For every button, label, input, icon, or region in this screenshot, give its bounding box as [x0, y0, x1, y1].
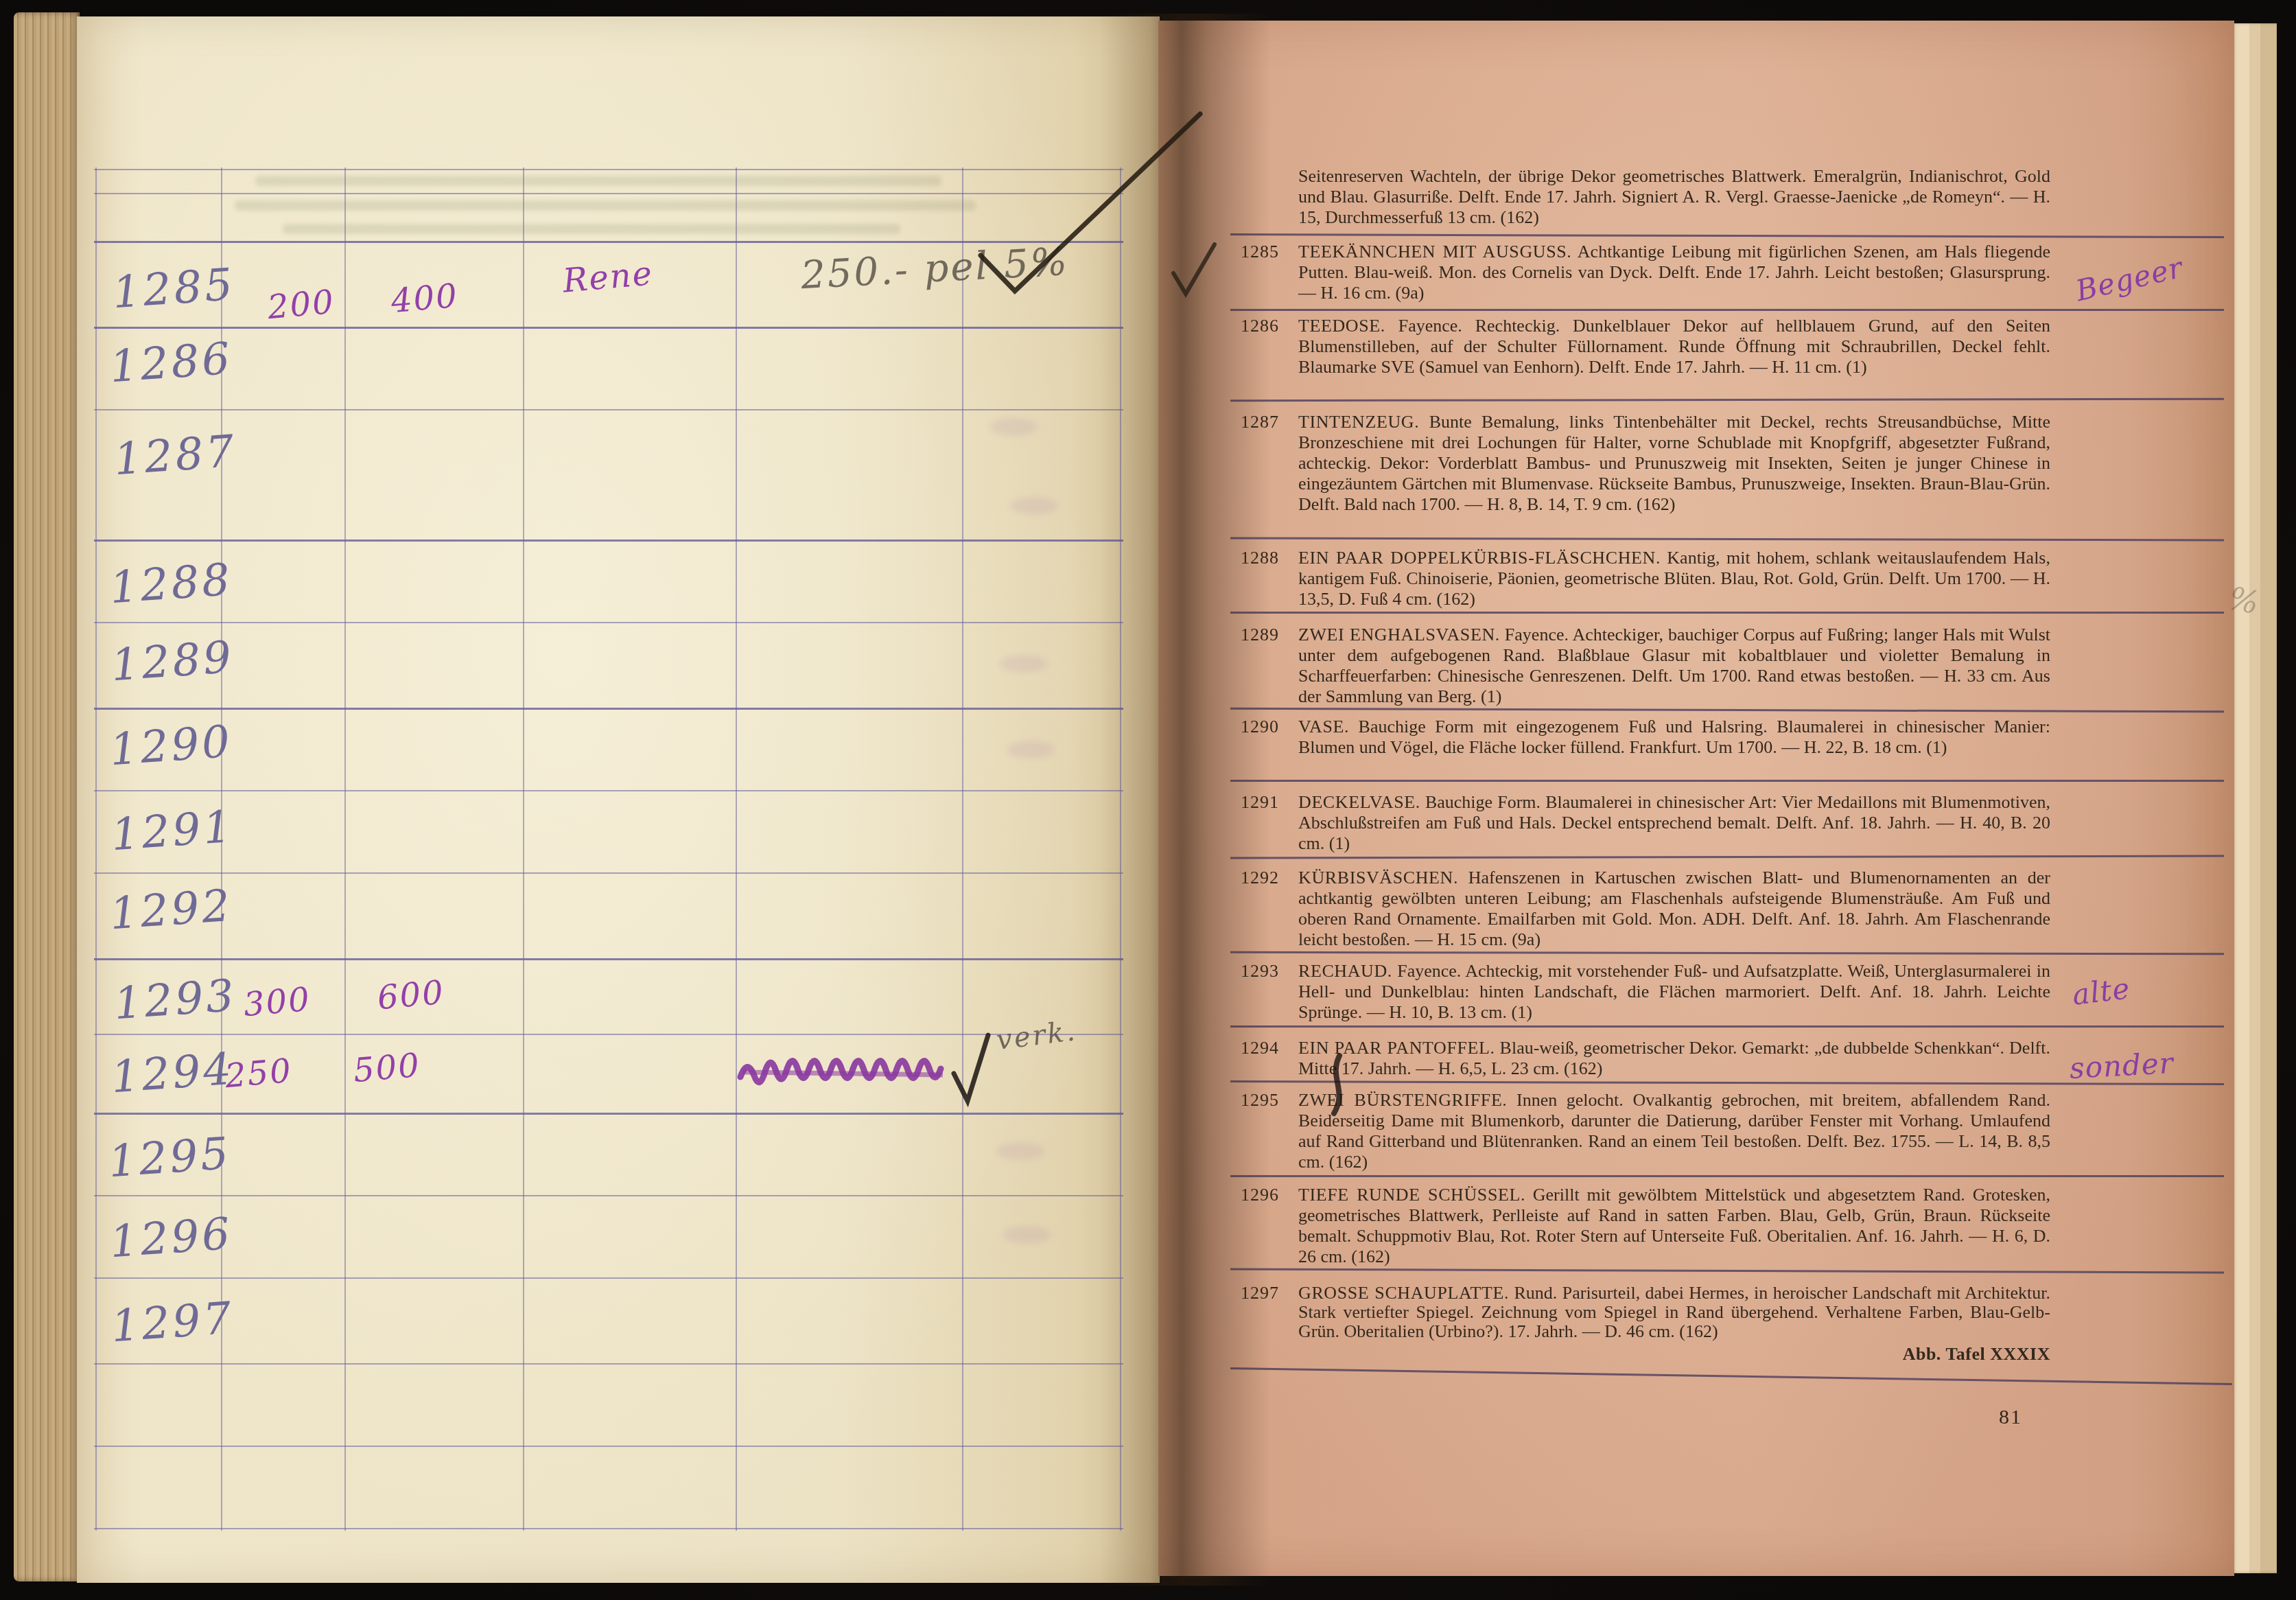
catalog-page: Seitenreserven Wachteln, der übrige Deko… — [1158, 21, 2234, 1576]
ink-bleed — [989, 418, 1038, 436]
show-through-text — [235, 200, 976, 211]
ledger-rule — [94, 958, 1123, 960]
catalog-entry: 1293 RECHAUD. Fayence. Achteckig, mit vo… — [1230, 961, 2050, 1023]
entry-separator — [1230, 537, 2224, 541]
entry-separator — [1230, 1025, 2224, 1028]
catalog-entry: 1290 VASE. Bauchige Form mit eingezogene… — [1230, 717, 2050, 758]
ledger-column-rule — [344, 167, 346, 1531]
ledger-rule — [94, 708, 1123, 710]
entry-number: 1295 — [1241, 1090, 1279, 1111]
margin-note: alte — [2070, 971, 2132, 1012]
ledger-rule — [94, 241, 1123, 243]
ledger-value: 600 — [376, 973, 446, 1017]
entry-number: 1291 — [1241, 792, 1279, 813]
catalog-entry: 1285 TEEKÄNNCHEN MIT AUSGUSS. Achtkantig… — [1230, 242, 2050, 303]
entry-number: 1292 — [1241, 868, 1279, 888]
entry-title: DECKELVASE. — [1298, 792, 1420, 812]
ledger-value: 250 — [224, 1052, 294, 1095]
ledger-row-number: 1293 — [113, 971, 239, 1030]
entry-number: 1293 — [1241, 961, 1279, 982]
right-page-stack-edge — [2233, 23, 2277, 1573]
entry-number: 1289 — [1241, 625, 1279, 645]
ledger-rule — [94, 1113, 1123, 1115]
ledger-value: 400 — [390, 277, 460, 321]
entry-number: 1288 — [1241, 548, 1279, 568]
ledger-rule — [94, 790, 1123, 791]
entry-number: 1294 — [1241, 1038, 1279, 1058]
ledger-column-rule — [523, 167, 524, 1531]
ledger-column-rule — [95, 167, 97, 1531]
entry-number: 1297 — [1241, 1284, 1279, 1303]
catalog-entry: 1292 KÜRBISVÄSCHEN. Hafenszenen in Kartu… — [1230, 868, 2050, 950]
ledger-pencil-note: verk. — [995, 1015, 1079, 1056]
entry-title: KÜRBISVÄSCHEN. — [1298, 868, 1458, 888]
plate-reference: Abb. Tafel XXXIX — [1230, 1344, 2050, 1365]
ink-bleed — [1007, 741, 1055, 758]
margin-note: sonder — [2069, 1046, 2175, 1085]
ledger-row-number: 1285 — [111, 259, 237, 318]
entry-separator — [1230, 780, 2224, 782]
check-mark — [1165, 237, 1221, 303]
entry-title: EIN PAAR DOPPELKÜRBIS-FLÄSCHCHEN. — [1298, 548, 1661, 568]
ledger-rule — [94, 622, 1123, 623]
ledger-rule — [94, 1277, 1123, 1279]
entry-text: Bauchige Form mit eingezogenem Fuß und H… — [1298, 717, 2050, 757]
ledger-rule — [94, 1363, 1123, 1365]
entry-title: TINTENZEUG. — [1298, 412, 1419, 432]
ink-bleed — [1000, 655, 1048, 673]
left-page-stack-edge — [14, 12, 80, 1581]
entry-separator — [1230, 708, 2224, 713]
entry-title: VASE. — [1298, 717, 1349, 737]
ledger-row-number: 1287 — [113, 426, 239, 485]
ledger-row-number: 1297 — [110, 1293, 236, 1352]
ledger-column-rule — [1120, 167, 1121, 1531]
ledger-rule — [94, 169, 1123, 170]
page-number: 81 — [1999, 1406, 2022, 1429]
ledger-column-rule — [736, 167, 737, 1531]
entry-separator — [1230, 855, 2224, 859]
show-through-text — [283, 224, 900, 234]
catalog-entry: 1297 GROSSE SCHAUPLATTE. Rund. Parisurte… — [1230, 1284, 2050, 1341]
ledger-row-number: 1289 — [110, 632, 236, 691]
ink-bleed — [1003, 1226, 1051, 1244]
ledger-rule — [94, 1195, 1123, 1196]
ledger-row-number: 1290 — [108, 717, 235, 776]
entry-title: ZWEI ENGHALSVASEN. — [1298, 625, 1500, 645]
ledger-row-number: 1294 — [110, 1044, 236, 1103]
ledger-row-number: 1291 — [110, 802, 236, 861]
ledger-rule — [94, 1528, 1123, 1529]
entry-separator — [1230, 309, 2224, 311]
entry-separator — [1230, 398, 2224, 402]
ledger-value: 500 — [352, 1046, 422, 1090]
ledger-name: Rene — [561, 254, 655, 300]
catalog-entry: 1291 DECKELVASE. Bauchige Form. Blaumale… — [1230, 792, 2050, 854]
entry-text: Fayence. Rechteckig. Dunkelblauer Dekor … — [1298, 316, 2050, 377]
ledger-page: 1285 1286 1287 1288 1289 1290 1291 1292 … — [77, 16, 1160, 1583]
entry-title: RECHAUD. — [1298, 961, 1392, 981]
ledger-rule — [94, 193, 1123, 194]
ledger-rule — [94, 872, 1123, 874]
ledger-value: 300 — [242, 980, 312, 1024]
ink-flourish-mark — [1322, 1052, 1357, 1117]
ledger-rule — [94, 540, 1123, 542]
entry-text: Seitenreserven Wachteln, der übrige Deko… — [1298, 166, 2050, 227]
entry-title: TIEFE RUNDE SCHÜSSEL. — [1298, 1185, 1525, 1205]
entry-text: Fayence. Achteckig, mit vorstehender Fuß… — [1298, 961, 2050, 1022]
entry-separator — [1230, 233, 2224, 238]
entry-separator — [1230, 1175, 2224, 1177]
ledger-rule — [94, 327, 1123, 329]
catalog-entry: 1289 ZWEI ENGHALSVASEN. Fayence. Achteck… — [1230, 625, 2050, 707]
ledger-rule — [94, 1446, 1123, 1447]
catalog-entry: 1288 EIN PAAR DOPPELKÜRBIS-FLÄSCHCHEN. K… — [1230, 548, 2050, 610]
ink-bleed — [996, 1142, 1044, 1160]
show-through-text — [255, 176, 941, 186]
ledger-value: 200 — [266, 283, 336, 327]
entry-title: GROSSE SCHAUPLATTE. — [1298, 1283, 1509, 1303]
scribbled-name — [737, 1046, 963, 1098]
catalog-entry-continuation: Seitenreserven Wachteln, der übrige Deko… — [1230, 166, 2050, 228]
check-mark — [950, 1031, 992, 1108]
catalog-entry: 1286 TEEDOSE. Fayence. Rechteckig. Dunke… — [1230, 316, 2050, 378]
catalog-entry: 1287 TINTENZEUG. Bunte Bemalung, links T… — [1230, 412, 2050, 515]
entry-number: 1296 — [1241, 1185, 1279, 1205]
entry-title: TEEDOSE. — [1298, 316, 1385, 336]
entry-number: 1286 — [1241, 316, 1279, 336]
ledger-row-number: 1295 — [107, 1128, 233, 1187]
ink-bleed — [1010, 497, 1058, 515]
ledger-rule — [94, 409, 1123, 410]
catalog-entry: 1296 TIEFE RUNDE SCHÜSSEL. Gerillt mit g… — [1230, 1185, 2050, 1267]
entry-separator — [1230, 612, 2224, 614]
entry-separator — [1230, 1367, 2232, 1385]
entry-separator — [1230, 1268, 2224, 1273]
entry-number: 1285 — [1241, 242, 1279, 262]
ledger-row-number: 1288 — [108, 555, 235, 614]
entry-separator — [1230, 951, 2224, 955]
margin-note: Begeer — [2073, 251, 2186, 308]
ledger-row-number: 1286 — [108, 334, 235, 393]
ledger-column-rule — [962, 167, 963, 1531]
entry-number: 1287 — [1241, 412, 1279, 432]
ledger-row-number: 1292 — [108, 881, 235, 940]
entry-number: 1290 — [1241, 717, 1279, 737]
book-scan: 1285 1286 1287 1288 1289 1290 1291 1292 … — [0, 0, 2296, 1600]
entry-title: TEEKÄNNCHEN MIT AUSGUSS. — [1298, 242, 1571, 262]
ledger-row-number: 1296 — [108, 1209, 235, 1268]
